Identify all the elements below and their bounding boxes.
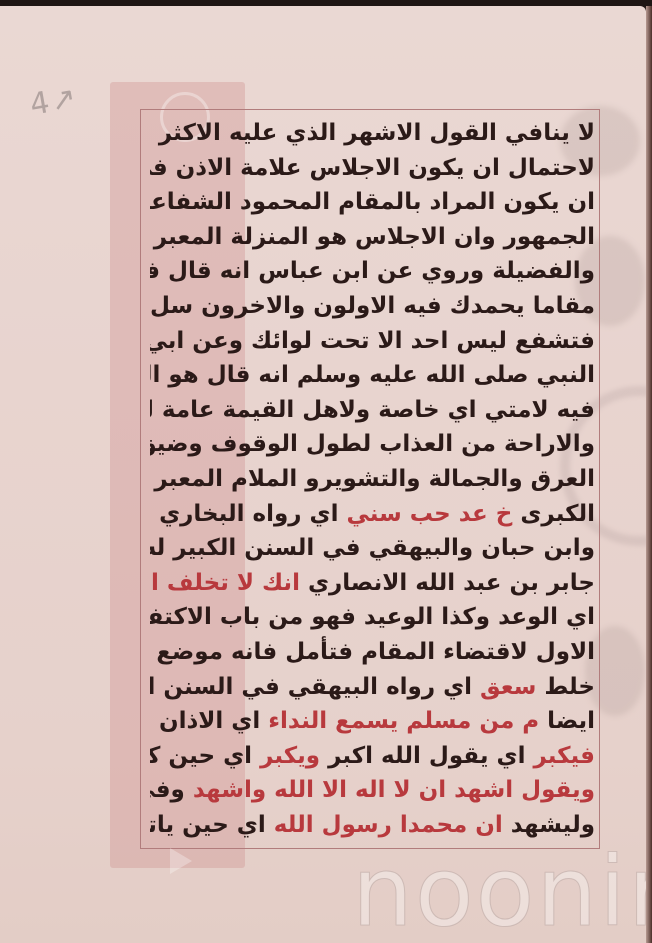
body-text: ايضا [539,708,595,734]
manuscript-page: 4↗ لا ينافي القول الاشهر الذي عليه الاكث… [0,6,646,943]
manuscript-text: لا ينافي القول الاشهر الذي عليه الاكثر و… [150,111,595,846]
rubric-text: خ عد حب سني [347,501,513,527]
manuscript-line: خلط سعق اي رواه البيهقي في السنن الكبير … [150,671,595,704]
body-text: اي رواه البخاري والاربعة [150,501,347,527]
play-icon [170,848,192,874]
manuscript-line: فيكبر اي يقول الله اكبر ويكبر اي حين كبر… [150,740,595,773]
manuscript-line: الكبرى خ عد حب سني اي رواه البخاري والار… [150,498,595,531]
rubric-text: فيكبر [533,743,595,769]
manuscript-line: مقاما يحمدك فيه الاولون والاخرون سل فتعط… [150,290,595,323]
body-text: العرق والجمالة والتشويرو الملام المعبر ع… [150,466,595,492]
manuscript-line: ايضا م من مسلم يسمع النداء اي الاذان اوب… [150,705,595,738]
body-text: لاحتمال ان يكون الاجلاس علامة الاذن في ا… [150,155,595,181]
manuscript-line: النبي صلى الله عليه وسلم انه قال هو المق… [150,359,595,392]
manuscript-line: الاول لاقتضاء المقام فتأمل فانه موضع زلل… [150,636,595,669]
manuscript-line: جابر بن عبد الله الانصاري انك لا تخلف ال… [150,567,595,600]
body-text: وليشهد [503,812,595,838]
body-text: وابن حبان والبيهقي في السنن الكبير له كل… [150,535,595,561]
manuscript-line: لا ينافي القول الاشهر الذي عليه الاكثر و… [150,117,595,150]
body-text: الاول لاقتضاء المقام فتأمل فانه موضع زلل… [150,639,595,665]
manuscript-line: العرق والجمالة والتشويرو الملام المعبر ع… [150,463,595,496]
manuscript-line: فيه لامتي اي خاصة ولاهل القيمة عامة لتعج… [150,394,595,427]
manuscript-line: ان يكون المراد بالمقام المحمود الشفاعة ك… [150,186,595,219]
body-text: اي رواه البيهقي في السنن الكبير له عنه [150,674,480,700]
manuscript-line: وابن حبان والبيهقي في السنن الكبير له كل… [150,532,595,565]
body-text: والفضيلة وروي عن ابن عباس انه قال في هذه… [150,258,595,284]
rubric-text: م من مسلم يسمع النداء [268,708,539,734]
body-text: لا ينافي القول الاشهر الذي عليه الاكثر و… [150,120,595,146]
body-text: اي حين كبر المؤذن [150,743,260,769]
manuscript-line: لاحتمال ان يكون الاجلاس علامة الاذن في ا… [150,152,595,185]
manuscript-line: والفضيلة وروي عن ابن عباس انه قال في هذه… [150,255,595,288]
manuscript-line: اي الوعد وكذا الوعيد فهو من باب الاكتفاء… [150,601,595,634]
body-text: اي الاذان اوبدا المؤذن [150,708,268,734]
manuscript-line: والاراحة من العذاب لطول الوقوف وضيق المق… [150,428,595,461]
manuscript-line: فتشفع ليس احد الا تحت لوائك وعن ابي هرير… [150,325,595,358]
manuscript-line: الجمهور وان الاجلاس هو المنزلة المعبر عن… [150,221,595,254]
body-text: اي حين ياتي المؤذن بالشهادتين [150,812,274,838]
rubric-text: انك لا تخلف الميعاد [150,570,300,596]
body-text: فتشفع ليس احد الا تحت لوائك وعن ابي هرير… [150,328,595,354]
body-text: اي الوعد وكذا الوعيد فهو من باب الاكتفاء… [150,604,595,630]
body-text: جابر بن عبد الله الانصاري [300,570,595,596]
rubric-text: ويكبر [260,743,320,769]
body-text: ان يكون المراد بالمقام المحمود الشفاعة ك… [150,189,595,215]
manuscript-line: ويقول اشهد ان لا اله الا الله واشهد وفي … [150,774,595,807]
watermark-text: noonir [352,836,646,943]
page-edge [646,6,652,943]
body-text: اي يقول الله اكبر [320,743,533,769]
body-text: والاراحة من العذاب لطول الوقوف وضيق المق… [150,431,595,457]
body-text: الجمهور وان الاجلاس هو المنزلة المعبر عن… [150,224,595,250]
body-text: مقاما يحمدك فيه الاولون والاخرون سل فتعط… [150,293,595,319]
body-text: الكبرى [512,501,595,527]
body-text: خلط [536,674,595,700]
body-text: فيه لامتي اي خاصة ولاهل القيمة عامة لتعج… [150,397,595,423]
rubric-text: ان محمدا رسول الله [274,812,503,838]
rubric-text: ويقول اشهد ان لا اله الا الله واشهد [193,777,595,803]
folio-number: 4↗ [27,80,81,123]
rubric-text: سعق [480,674,536,700]
body-text: النبي صلى الله عليه وسلم انه قال هو المق… [150,362,595,388]
body-text: وفي نسخة صحيحة [150,777,193,803]
